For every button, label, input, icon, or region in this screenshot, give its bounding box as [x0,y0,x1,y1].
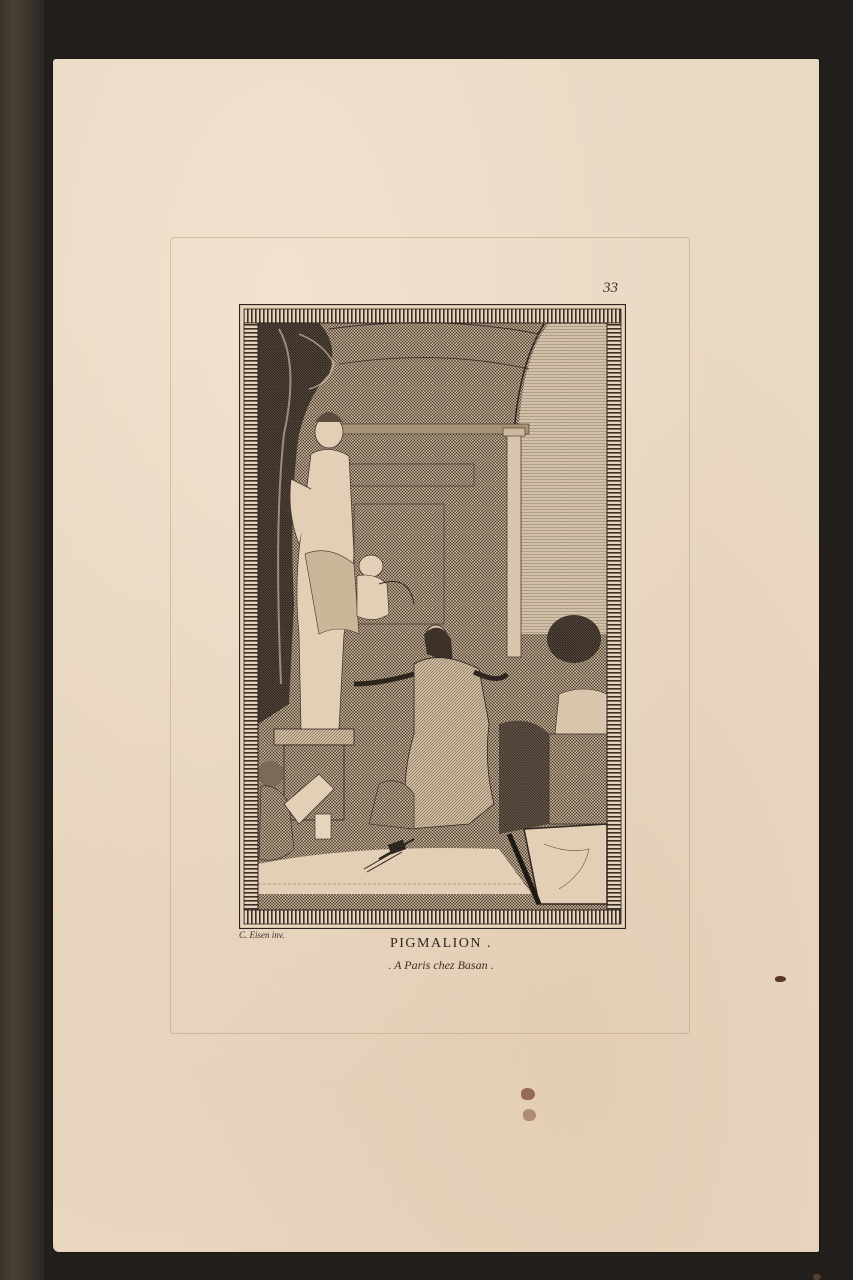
engraving-scene [258,323,607,910]
book-spine [0,0,44,1280]
stain-spot [521,1088,535,1100]
engraving-plate [239,304,626,929]
paper-sheet: 33 [53,59,819,1252]
plate-title: PIGMALION . [53,936,819,952]
stain-spot [775,976,786,982]
publisher-line: . A Paris chez Basan . [53,958,819,973]
page-number: 33 [603,280,618,297]
stain-spot [813,1274,821,1280]
stain-spot [523,1109,536,1121]
